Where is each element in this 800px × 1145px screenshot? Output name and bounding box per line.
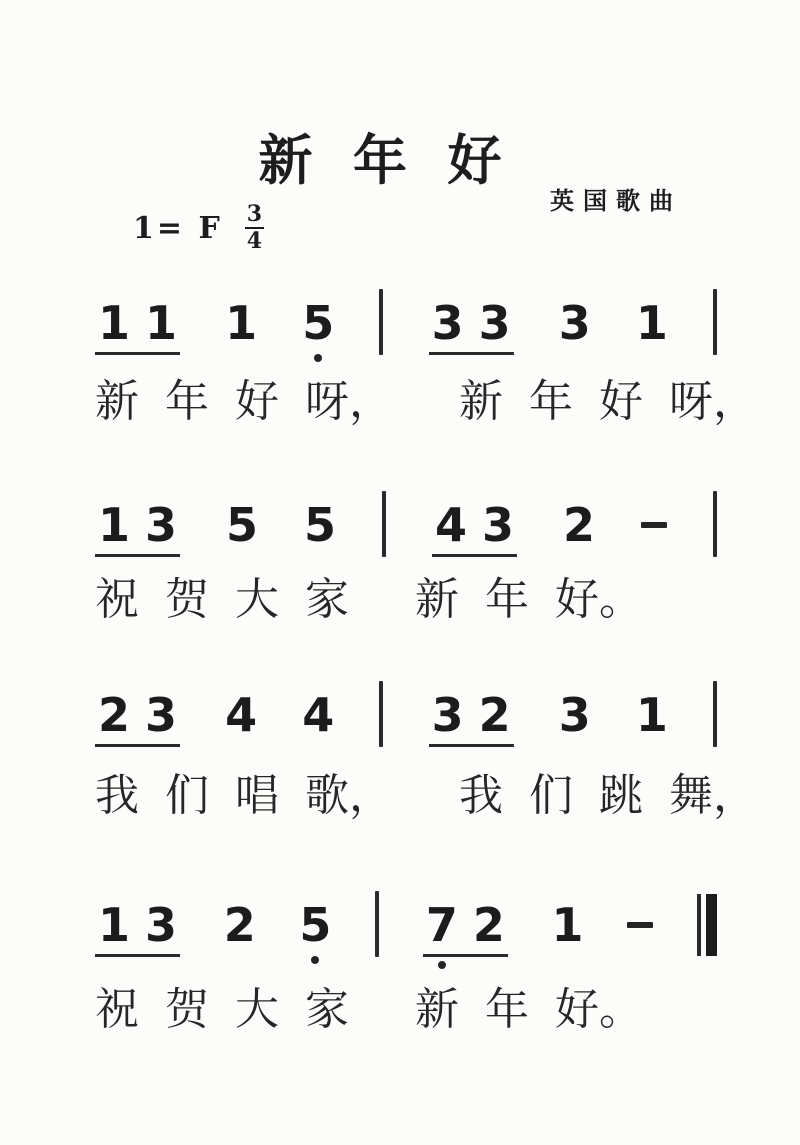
note-1: 1 — [636, 692, 668, 738]
note-2: 2 — [98, 692, 130, 738]
note-5: 5 — [299, 902, 331, 948]
lyric-syllable: 呀， — [669, 378, 757, 426]
note-5: 5 — [304, 502, 336, 548]
lyric-syllable: 们 — [165, 772, 209, 820]
final-barline — [697, 894, 717, 956]
lyric-phrase: 祝贺大家 — [95, 576, 349, 624]
low-octave-dot — [311, 956, 319, 964]
beam-group: 13 — [95, 502, 180, 557]
lyric-syllable: 家 — [305, 986, 349, 1034]
note-3: 3 — [559, 300, 591, 346]
note-1: 1 — [145, 300, 177, 346]
lyric-syllable: 年 — [485, 986, 529, 1034]
lyric-syllable: 年 — [485, 576, 529, 624]
notation-line-4: 1325721 — [95, 902, 717, 957]
note-3: 3 — [479, 300, 511, 346]
lyric-phrase: 我们跳舞， — [459, 772, 757, 820]
lyric-syllable: 新 — [459, 378, 503, 426]
barline — [713, 491, 717, 557]
key-label: 1= F — [133, 211, 223, 246]
barline — [382, 491, 386, 557]
final-barline-thin — [697, 894, 701, 956]
lyric-syllable: 祝 — [95, 576, 139, 624]
notation-line-2: 1355432 — [95, 502, 717, 557]
notation-line-3: 23443231 — [95, 692, 717, 747]
note-3: 3 — [432, 300, 464, 346]
note-3: 3 — [559, 692, 591, 738]
note-4: 4 — [225, 692, 257, 738]
beam-group: 43 — [432, 502, 517, 557]
lyric-syllable: 好 — [599, 378, 643, 426]
lyrics-line-2: 祝贺大家新年好。 — [95, 576, 717, 624]
low-octave-dot — [438, 961, 446, 969]
lyric-syllable: 好。 — [555, 576, 643, 624]
beam-group: 32 — [429, 692, 514, 747]
beam-group: 13 — [95, 902, 180, 957]
note-3: 3 — [145, 502, 177, 548]
song-source: 英国歌曲 — [550, 181, 682, 216]
dash-note — [627, 922, 653, 928]
lyric-syllable: 歌， — [305, 772, 393, 820]
final-barline-thick — [706, 894, 717, 956]
lyric-syllable: 家 — [305, 576, 349, 624]
lyrics-line-4: 祝贺大家新年好。 — [95, 986, 717, 1034]
lyric-syllable: 唱 — [235, 772, 279, 820]
note-1: 1 — [98, 300, 130, 346]
barline — [375, 891, 379, 957]
barline — [713, 289, 717, 355]
lyric-phrase: 新年好。 — [415, 986, 643, 1034]
time-signature: 3 4 — [245, 203, 264, 253]
lyric-phrase: 我们唱歌， — [95, 772, 393, 820]
note-7: 7 — [426, 902, 458, 948]
barline — [713, 681, 717, 747]
lyric-phrase: 新年好呀， — [459, 378, 757, 426]
lyric-phrase: 新年好呀， — [95, 378, 393, 426]
beam-group: 72 — [423, 902, 508, 957]
note-3: 3 — [482, 502, 514, 548]
lyric-syllable: 贺 — [165, 576, 209, 624]
lyric-syllable: 们 — [529, 772, 573, 820]
lyric-phrase: 祝贺大家 — [95, 986, 349, 1034]
dash-note — [641, 522, 667, 528]
lyrics-line-3: 我们唱歌，我们跳舞， — [95, 772, 717, 820]
barline — [379, 681, 383, 747]
lyric-syllable: 呀， — [305, 378, 393, 426]
note-5: 5 — [302, 300, 334, 346]
lyric-syllable: 我 — [459, 772, 503, 820]
time-signature-numerator: 3 — [245, 203, 264, 229]
key-signature: 1= F 3 4 — [133, 203, 264, 253]
lyric-phrase: 新年好。 — [415, 576, 643, 624]
note-3: 3 — [145, 902, 177, 948]
note-1: 1 — [552, 902, 584, 948]
beam-group: 33 — [429, 300, 514, 355]
note-1: 1 — [225, 300, 257, 346]
lyric-syllable: 好。 — [555, 986, 643, 1034]
note-4: 4 — [302, 692, 334, 738]
note-2: 2 — [563, 502, 595, 548]
lyric-syllable: 年 — [529, 378, 573, 426]
lyric-syllable: 大 — [235, 576, 279, 624]
note-4: 4 — [435, 502, 467, 548]
note-2: 2 — [473, 902, 505, 948]
note-5: 5 — [226, 502, 258, 548]
note-3: 3 — [145, 692, 177, 738]
lyric-syllable: 年 — [165, 378, 209, 426]
low-octave-dot — [314, 354, 322, 362]
barline — [379, 289, 383, 355]
sheet-music-page: 新年好 英国歌曲 1= F 3 4 11153331新年好呀，新年好呀，1355… — [0, 0, 800, 1145]
note-3: 3 — [432, 692, 464, 738]
lyric-syllable: 大 — [235, 986, 279, 1034]
lyric-syllable: 新 — [95, 378, 139, 426]
note-1: 1 — [636, 300, 668, 346]
lyric-syllable: 祝 — [95, 986, 139, 1034]
notation-line-1: 11153331 — [95, 300, 717, 355]
lyrics-line-1: 新年好呀，新年好呀， — [95, 378, 717, 426]
note-2: 2 — [224, 902, 256, 948]
lyric-syllable: 我 — [95, 772, 139, 820]
lyric-syllable: 跳 — [599, 772, 643, 820]
note-2: 2 — [479, 692, 511, 738]
lyric-syllable: 好 — [235, 378, 279, 426]
lyric-syllable: 贺 — [165, 986, 209, 1034]
beam-group: 23 — [95, 692, 180, 747]
beam-group: 11 — [95, 300, 180, 355]
note-1: 1 — [98, 902, 130, 948]
lyric-syllable: 舞， — [669, 772, 757, 820]
lyric-syllable: 新 — [415, 576, 459, 624]
lyric-syllable: 新 — [415, 986, 459, 1034]
time-signature-denominator: 4 — [247, 229, 262, 253]
note-1: 1 — [98, 502, 130, 548]
